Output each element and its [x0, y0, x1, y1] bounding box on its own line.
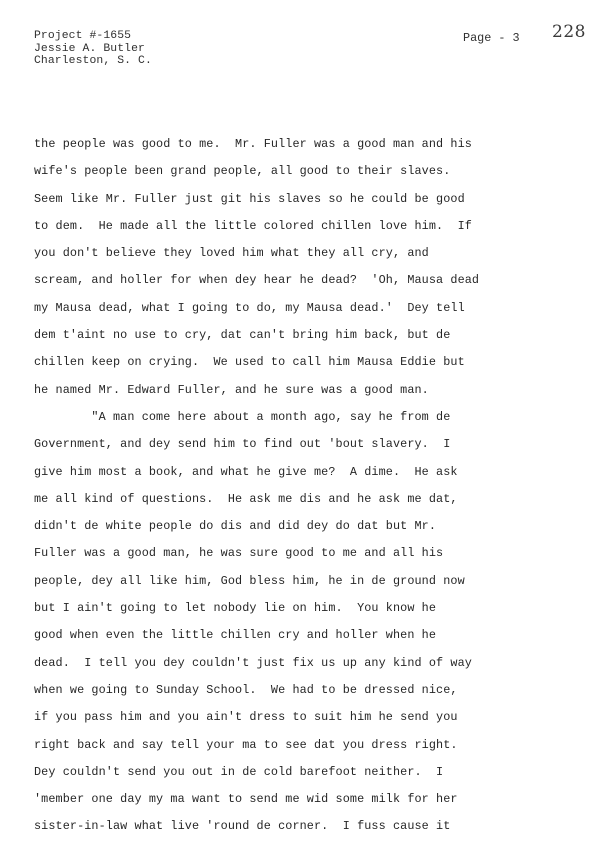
text-line: he named Mr. Edward Fuller, and he sure … — [34, 383, 594, 410]
text-line: "A man come here about a month ago, say … — [34, 410, 594, 437]
text-line: dem t'aint no use to cry, dat can't brin… — [34, 328, 594, 355]
project-number: Project #-1655 — [34, 30, 152, 43]
text-line: scream, and holler for when dey hear he … — [34, 273, 594, 300]
text-line: right back and say tell your ma to see d… — [34, 738, 594, 765]
text-line: my Mausa dead, what I going to do, my Ma… — [34, 301, 594, 328]
text-line: Seem like Mr. Fuller just git his slaves… — [34, 192, 594, 219]
page-label: Page - 3 — [463, 31, 520, 45]
text-line: to dem. He made all the little colored c… — [34, 219, 594, 246]
document-header: Project #-1655 Jessie A. Butler Charlest… — [34, 30, 152, 68]
text-line: wife's people been grand people, all goo… — [34, 164, 594, 191]
location: Charleston, S. C. — [34, 55, 152, 68]
text-line: the people was good to me. Mr. Fuller wa… — [34, 137, 594, 164]
text-line: chillen keep on crying. We used to call … — [34, 355, 594, 382]
text-line: Dey couldn't send you out in de cold bar… — [34, 765, 594, 792]
body-text: the people was good to me. Mr. Fuller wa… — [34, 137, 594, 847]
text-line: if you pass him and you ain't dress to s… — [34, 710, 594, 737]
text-line: but I ain't going to let nobody lie on h… — [34, 601, 594, 628]
text-line: didn't de white people do dis and did de… — [34, 519, 594, 546]
author-name: Jessie A. Butler — [34, 43, 152, 56]
text-line: dead. I tell you dey couldn't just fix u… — [34, 656, 594, 683]
text-line: when we going to Sunday School. We had t… — [34, 683, 594, 710]
text-line: give him most a book, and what he give m… — [34, 465, 594, 492]
text-line: 'member one day my ma want to send me wi… — [34, 792, 594, 819]
text-line: you don't believe they loved him what th… — [34, 246, 594, 273]
text-line: me all kind of questions. He ask me dis … — [34, 492, 594, 519]
page-number: 228 — [552, 22, 586, 42]
text-line: Government, and dey send him to find out… — [34, 437, 594, 464]
text-line: good when even the little chillen cry an… — [34, 628, 594, 655]
text-line: sister-in-law what live 'round de corner… — [34, 819, 594, 846]
text-line: Fuller was a good man, he was sure good … — [34, 546, 594, 573]
text-line: people, dey all like him, God bless him,… — [34, 574, 594, 601]
